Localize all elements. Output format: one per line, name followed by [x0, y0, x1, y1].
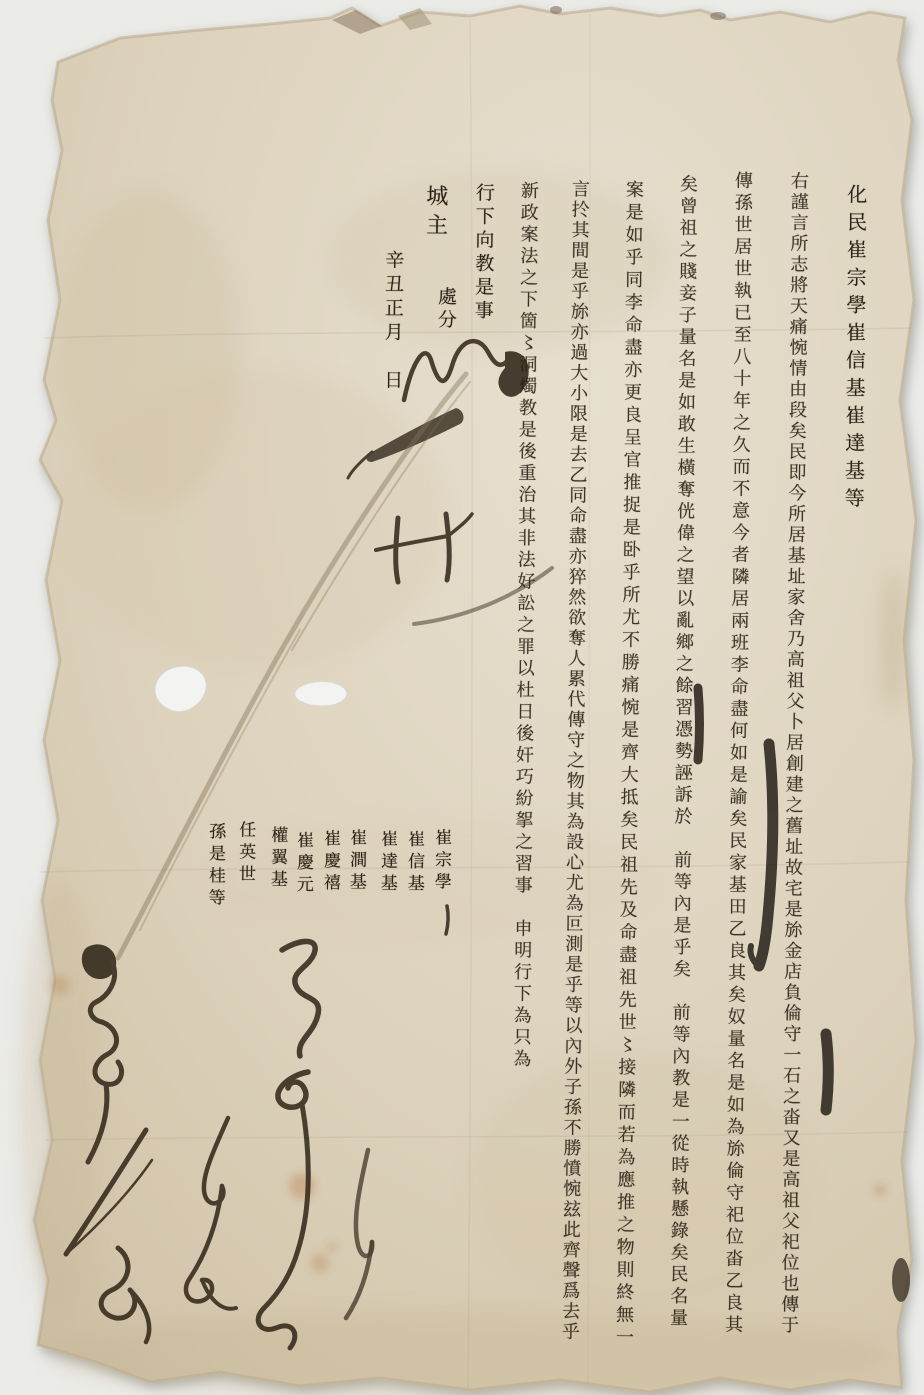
signatory-name: 權翼基 — [268, 826, 286, 892]
body-column-1: 右謹言所志將天痛惋情由段矣民即今所居基址家舍乃高祖父卜居創建之舊址故宅是旀金店負… — [779, 171, 807, 1336]
signatory-name: 崔慶禧 — [321, 829, 339, 895]
date-column: 辛丑正月 日 — [382, 250, 402, 394]
addressee-label: 城主 — [423, 184, 446, 242]
body-column-4: 案是如乎同李命盡亦更良呈官推捉是卧乎所尤不勝痛惋是齊大抵矣民祖先及命盡祖先世〻接… — [614, 180, 642, 1350]
signatory-name: 任英世 — [236, 820, 254, 886]
signatory-name: 孫是桂等 — [206, 822, 224, 910]
body-column-3: 矣曾祖之賤妾子量名是如敢生橫奪侊偉之望以亂鄉之餘習憑勢誣訴於 前等內是乎矣 前等… — [668, 174, 696, 1330]
signatory-name: 崔達基 — [378, 830, 396, 896]
body-column-5: 言扵其間是乎旀亦過大小限是去乙同命盡亦猝然欲奪人累代傳守之物其為設心尤為叵測是乎… — [560, 179, 588, 1342]
body-column-2: 傳孫世居世執已至八十年之久而不意今者隣居兩班李命盡何如是諭矣民家基田乙良其矣奴量… — [723, 171, 751, 1337]
signatory-name: 崔宗學 — [432, 828, 450, 894]
signatory-name: 崔信基 — [405, 830, 423, 896]
signatory-name: 崔慶元 — [294, 831, 312, 897]
petition-document-photo: 化民崔宗學崔信基崔達基等 右謹言所志將天痛惋情由段矣民即今所居基址家舍乃高祖父卜… — [0, 0, 924, 1395]
signatory-name: 崔澗基 — [347, 828, 365, 894]
disposition-label: 處分 — [436, 286, 455, 332]
closing-column: 行下向教是事 — [473, 183, 493, 324]
manuscript-text-layer: 化民崔宗學崔信基崔達基等 右謹言所志將天痛惋情由段矣民即今所居基址家舍乃高祖父卜… — [0, 0, 924, 1395]
body-column-6: 新政案法之下箇〻洞燭教是後重治其非法好訟之罪以杜日後奸巧紛挐之習事 申明行下為只… — [511, 181, 537, 1071]
header-column: 化民崔宗學崔信基崔達基等 — [843, 184, 866, 515]
